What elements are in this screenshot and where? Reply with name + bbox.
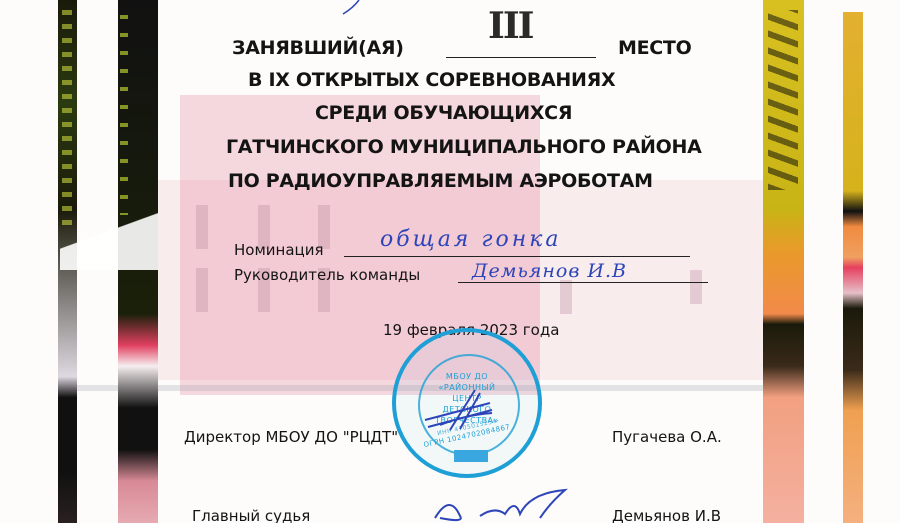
director-signature [420,385,500,435]
title-line-4: ПО РАДИОУПРАВЛЯЕМЫМ АЭРОБОТАМ [228,170,653,192]
place-value: III [488,5,533,47]
team-leader-label: Руководитель команды [234,266,420,284]
place-suffix: МЕСТО [618,37,691,59]
nomination-value: общая гонка [380,227,561,252]
team-leader-underline [458,282,708,283]
title-line-2: СРЕДИ ОБУЧАЮЩИХСЯ [315,102,572,124]
title-line-3: ГАТЧИНСКОГО МУНИЦИПАЛЬНОГО РАЙОНА [226,136,702,158]
chief-judge-name: Демьянов И.В [612,507,721,523]
team-leader-value: Демьянов И.В [472,260,627,282]
stamp-line-1: МБОУ ДО [396,372,538,381]
pen-mark [335,0,365,16]
nomination-underline [344,256,690,257]
title-line-1: В IX ОТКРЫТЫХ СОРЕВНОВАНИЯХ [248,69,615,91]
chief-judge-role: Главный судья [192,507,310,523]
chief-judge-signature [420,488,590,523]
certificate-page: ЗАНЯВШИЙ(АЯ) III МЕСТО В IX ОТКРЫТЫХ СОР… [0,0,900,523]
stamp-blue-block [454,450,488,462]
nomination-label: Номинация [234,241,324,259]
director-name: Пугачева О.А. [612,428,722,446]
place-underline [446,57,596,58]
director-role: Директор МБОУ ДО "РЦДТ" [184,428,398,446]
place-prefix: ЗАНЯВШИЙ(АЯ) [232,37,404,59]
